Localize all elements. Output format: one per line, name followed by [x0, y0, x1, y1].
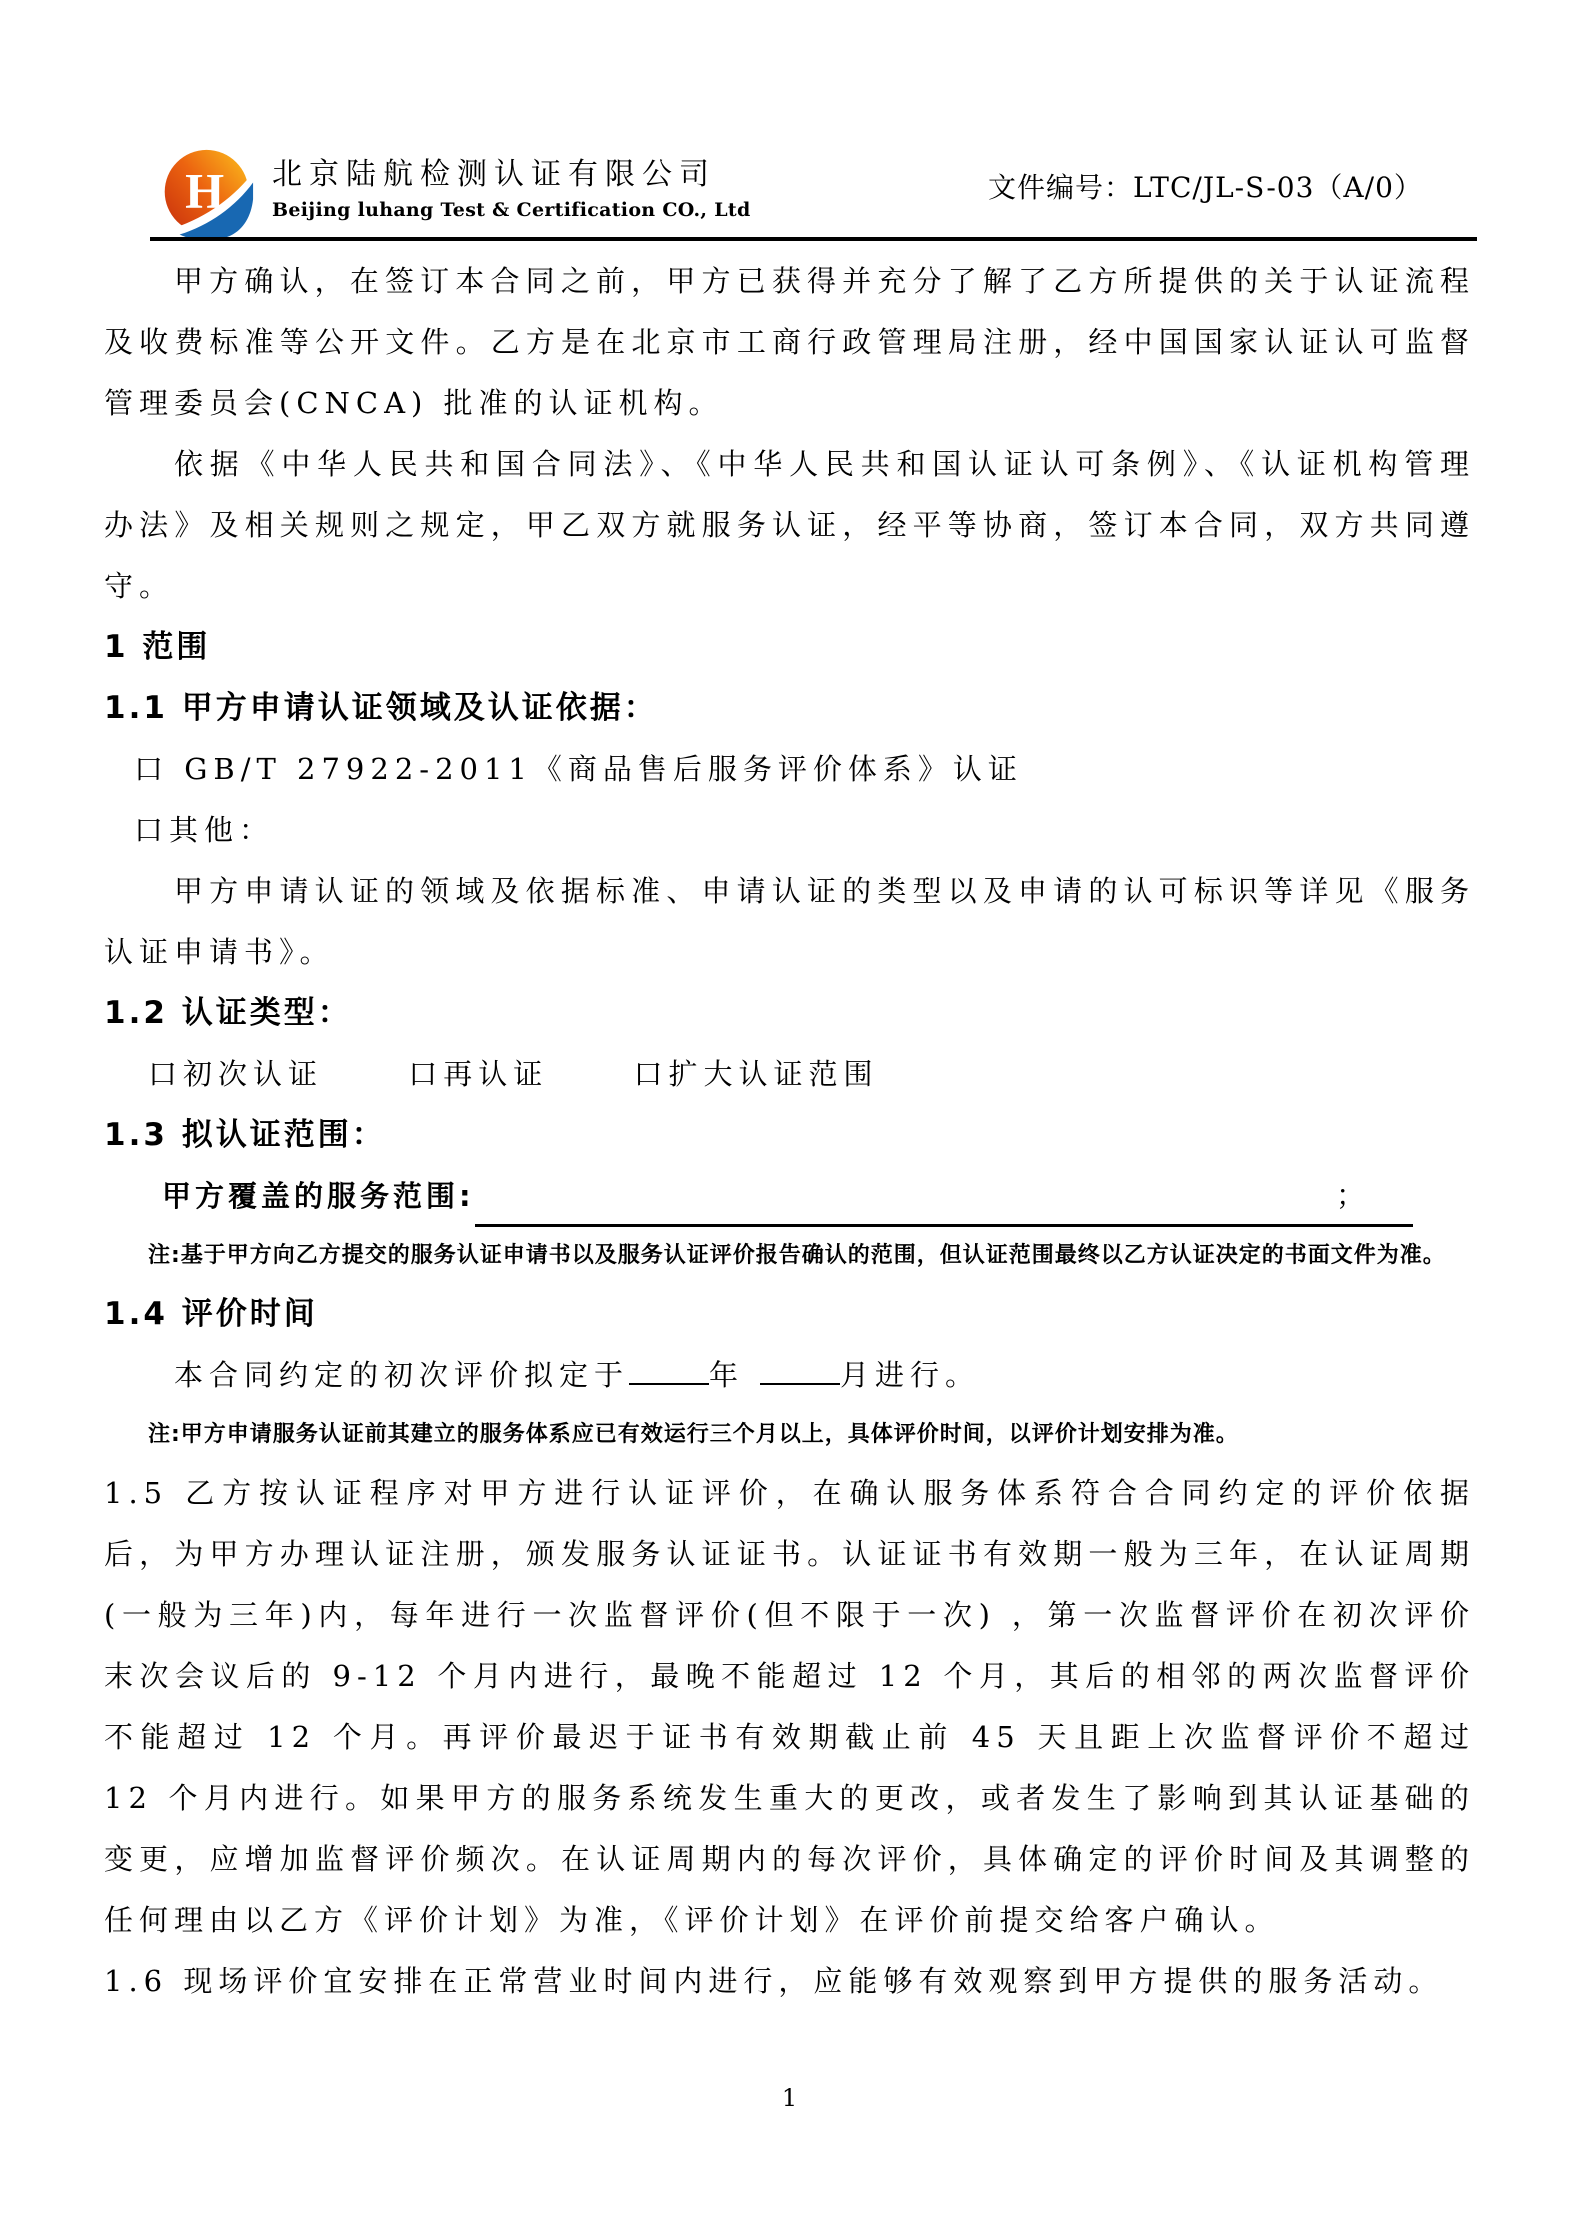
paragraph-intro-2: 依据《中华人民共和国合同法》、《中华人民共和国认证认可条例》、《认证机构管理办法…: [104, 434, 1475, 617]
company-logo-icon: H: [160, 149, 255, 242]
checkbox-option-other: 口其他：: [104, 800, 1475, 861]
paragraph-1-5: 1.5 乙方按认证程序对甲方进行认证评价，在确认服务体系符合合同约定的评价依据后…: [104, 1463, 1475, 1951]
company-name-block: 北京陆航检测认证有限公司 Beijing luhang Test & Certi…: [272, 156, 751, 223]
service-scope-blank-field: ；: [475, 1170, 1413, 1227]
section-1-heading: 1 范围: [104, 617, 1475, 678]
month-label: 月进行。: [840, 1358, 980, 1392]
service-scope-line: 甲方覆盖的服务范围: ；: [104, 1166, 1475, 1227]
contract-body: 甲方确认，在签订本合同之前，甲方已获得并充分了解了乙方所提供的关于认证流程及收费…: [104, 251, 1475, 2012]
checkbox-option-expand: 口扩大认证范围: [633, 1057, 878, 1091]
section-1-4-heading: 1.4 评价时间: [104, 1284, 1475, 1345]
service-scope-label: 甲方覆盖的服务范围:: [104, 1166, 475, 1227]
evaluation-date-sentence: 本合同约定的初次评价拟定于年月进行。: [104, 1345, 1475, 1406]
section-1-1-heading: 1.1 甲方申请认证领域及认证依据：: [104, 678, 1475, 739]
company-name-en: Beijing luhang Test & Certification CO.,…: [272, 197, 751, 223]
checkbox-option-initial: 口初次认证: [148, 1057, 323, 1091]
note-scope: 注:基于甲方向乙方提交的服务认证申请书以及服务认证评价报告确认的范围，但认证范围…: [104, 1233, 1475, 1278]
year-blank-field: [629, 1379, 709, 1385]
paragraph-1-6: 1.6 现场评价宜安排在正常营业时间内进行，应能够有效观察到甲方提供的服务活动。: [104, 1951, 1475, 2012]
document-page: H 北京陆航检测认证有限公司 Beijing luhang Test & Cer…: [0, 0, 1579, 2237]
checkbox-option-gbt: 口 GB/T 27922-2011《商品售后服务评价体系》认证: [104, 739, 1475, 800]
section-1-2-heading: 1.2 认证类型：: [104, 983, 1475, 1044]
paragraph-application-scope: 甲方申请认证的领域及依据标准、申请认证的类型以及申请的认可标识等详见《服务认证申…: [104, 861, 1475, 983]
page-number: 1: [0, 2084, 1579, 2112]
certification-type-options: 口初次认证 口再认证 口扩大认证范围: [104, 1044, 1475, 1105]
section-1-3-heading: 1.3 拟认证范围：: [104, 1105, 1475, 1166]
year-label: 年: [709, 1358, 744, 1392]
paragraph-intro-1: 甲方确认，在签订本合同之前，甲方已获得并充分了解了乙方所提供的关于认证流程及收费…: [104, 251, 1475, 434]
logo-letter: H: [185, 163, 224, 219]
document-number: 文件编号：LTC/JL-S-03（A/0）: [988, 166, 1423, 206]
company-name-cn: 北京陆航检测认证有限公司: [272, 156, 751, 194]
month-blank-field: [760, 1379, 840, 1385]
header-divider: [150, 237, 1477, 241]
evaluation-date-prefix: 本合同约定的初次评价拟定于: [174, 1358, 629, 1392]
note-evaluation-time: 注:甲方申请服务认证前其建立的服务体系应已有效运行三个月以上，具体评价时间，以评…: [104, 1412, 1475, 1457]
checkbox-option-recert: 口再认证: [408, 1057, 548, 1091]
